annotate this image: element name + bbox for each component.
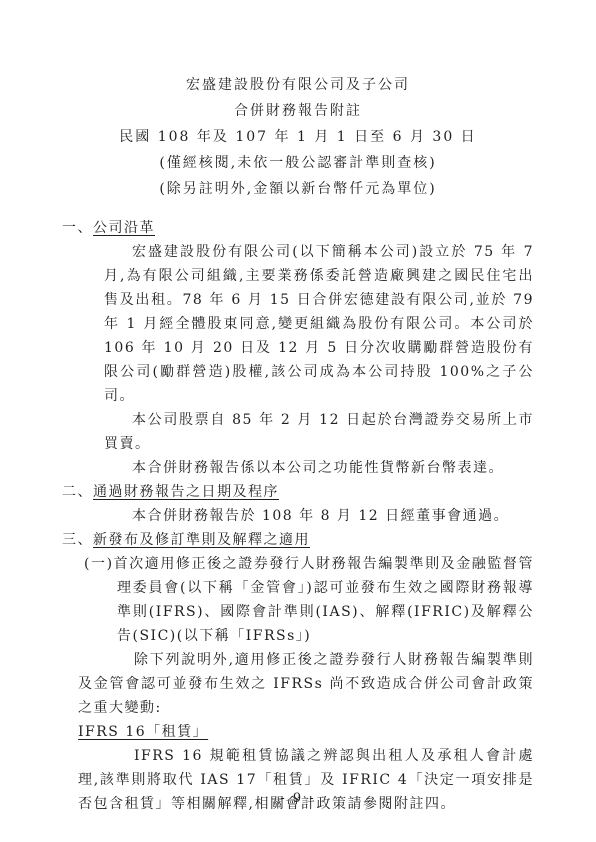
document-page: 宏盛建設股份有限公司及子公司 合併財務報告附註 民國 108 年及 107 年 … <box>0 0 596 842</box>
section-title: 新發布及修訂準則及解釋之適用 <box>93 532 310 548</box>
document-header: 宏盛建設股份有限公司及子公司 合併財務報告附註 民國 108 年及 107 年 … <box>62 72 534 202</box>
report-title: 合併財務報告附註 <box>62 98 534 124</box>
section-heading-1: 一、公司沿革 <box>62 216 534 240</box>
section-number: 三、 <box>62 532 93 548</box>
section-company-history: 一、公司沿革 宏盛建設股份有限公司(以下簡稱本公司)設立於 75 年 7 月,為… <box>62 216 534 480</box>
ifrs16-heading-row: IFRS 16「租賃」 <box>62 720 534 744</box>
company-name: 宏盛建設股份有限公司及子公司 <box>62 72 534 98</box>
section-new-standards: 三、新發布及修訂準則及解釋之適用 (一)首次適用修正後之證券發行人財務報告編製準… <box>62 528 534 816</box>
paragraph-history: 宏盛建設股份有限公司(以下簡稱本公司)設立於 75 年 7 月,為有限公司組織,… <box>104 240 534 408</box>
page-number: - 9 - <box>280 791 315 806</box>
section-heading-2: 二、通過財務報告之日期及程序 <box>62 480 534 504</box>
paragraph-listing: 本公司股票自 85 年 2 月 12 日起於台灣證券交易所上市買賣。 <box>104 408 534 456</box>
paragraph-currency: 本合併財務報告係以本公司之功能性貨幣新台幣表達。 <box>104 456 534 480</box>
section-title: 通過財務報告之日期及程序 <box>93 484 279 500</box>
paragraph-no-material-change: 除下列說明外,適用修正後之證券發行人財務報告編製準則及金管會認可並發布生效之 I… <box>78 648 534 720</box>
section-number: 二、 <box>62 484 93 500</box>
ifrs16-subheading: IFRS 16「租賃」 <box>78 720 208 744</box>
review-note: (僅經核閱,未依一般公認審計準則查核) <box>62 150 534 176</box>
paragraph-approval: 本合併財務報告於 108 年 8 月 12 日經董事會通過。 <box>104 504 534 528</box>
report-period: 民國 108 年及 107 年 1 月 1 日至 6 月 30 日 <box>62 124 534 150</box>
sub-item-text: 首次適用修正後之證券發行人財務報告編製準則及金融監督管理委員會(以下稱「金管會」… <box>114 556 534 644</box>
sub-item-first-adoption: (一)首次適用修正後之證券發行人財務報告編製準則及金融監督管理委員會(以下稱「金… <box>84 552 534 648</box>
sub-item-number: (一) <box>84 556 114 572</box>
section-report-approval: 二、通過財務報告之日期及程序 本合併財務報告於 108 年 8 月 12 日經董… <box>62 480 534 528</box>
page-footer: - 9 - <box>0 791 596 806</box>
section-heading-3: 三、新發布及修訂準則及解釋之適用 <box>62 528 534 552</box>
section-number: 一、 <box>62 220 93 236</box>
unit-note: (除另註明外,金額以新台幣仟元為單位) <box>62 176 534 202</box>
section-title: 公司沿革 <box>93 220 155 236</box>
